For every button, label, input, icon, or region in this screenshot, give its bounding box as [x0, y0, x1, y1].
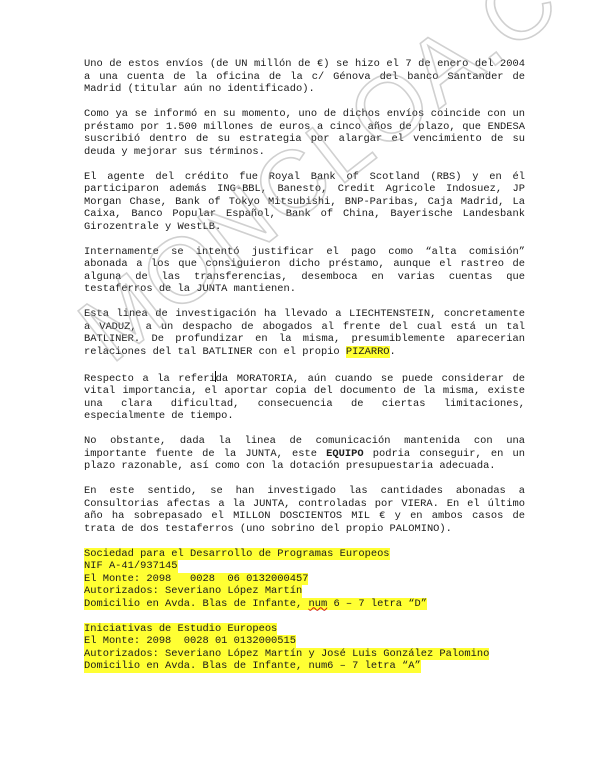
paragraph-justificacion: Internamente se intentó justificar el pa… — [84, 246, 525, 296]
highlight-pizarro: PIZARRO — [346, 346, 390, 358]
paragraph-envio: Uno de estos envíos (de UN millón de €) … — [84, 58, 525, 96]
document-page: Uno de estos envíos (de UN millón de €) … — [0, 0, 608, 759]
company-block-sdpe: Sociedad para el Desarrollo de Programas… — [84, 548, 525, 611]
p5-end: . — [390, 346, 396, 358]
paragraph-prestamo: Como ya se informó en su momento, uno de… — [84, 108, 525, 158]
company2-address: Domicilio en Avda. Blas de Infante, num6… — [84, 660, 421, 673]
company2-authorized: Autorizados: Severiano López Martín y Jo… — [84, 648, 489, 661]
company1-address: Domicilio en Avda. Blas de Infante, num … — [84, 598, 427, 611]
document-body[interactable]: Uno de estos envíos (de UN millón de €) … — [84, 58, 525, 685]
company2-account: El Monte: 2098 0028 01 0132000515 — [84, 635, 296, 648]
p5-text: Esta linea de investigación ha llevado a… — [84, 308, 525, 358]
p6-text-start: Respecto a la referi — [84, 373, 216, 385]
company-block-iee: Iniciativas de Estudio Europeos El Monte… — [84, 623, 525, 673]
paragraph-agente-credito: El agente del crédito fue Royal Bank of … — [84, 171, 525, 234]
company1-account: El Monte: 2098 0028 06 0132000457 — [84, 573, 308, 586]
paragraph-consultorias: En este sentido, se han investigado las … — [84, 485, 525, 535]
company1-address-end: 6 – 7 letra “D” — [327, 598, 427, 610]
company2-name: Iniciativas de Estudio Europeos — [84, 623, 277, 636]
bold-equipo: EQUIPO — [326, 448, 363, 460]
company1-name: Sociedad para el Desarrollo de Programas… — [84, 548, 390, 561]
company1-address-start: Domicilio en Avda. Blas de Infante, — [84, 598, 308, 610]
paragraph-liechtenstein: Esta linea de investigación ha llevado a… — [84, 308, 525, 358]
paragraph-moratoria: Respecto a la referida MORATORIA, aún cu… — [84, 371, 525, 423]
spellcheck-word[interactable]: num — [308, 598, 327, 610]
company1-authorized: Autorizados: Severiano López Martín — [84, 585, 302, 598]
company1-nif: NIF A-41/937145 — [84, 560, 178, 573]
paragraph-equipo: No obstante, dada la linea de comunicaci… — [84, 435, 525, 473]
